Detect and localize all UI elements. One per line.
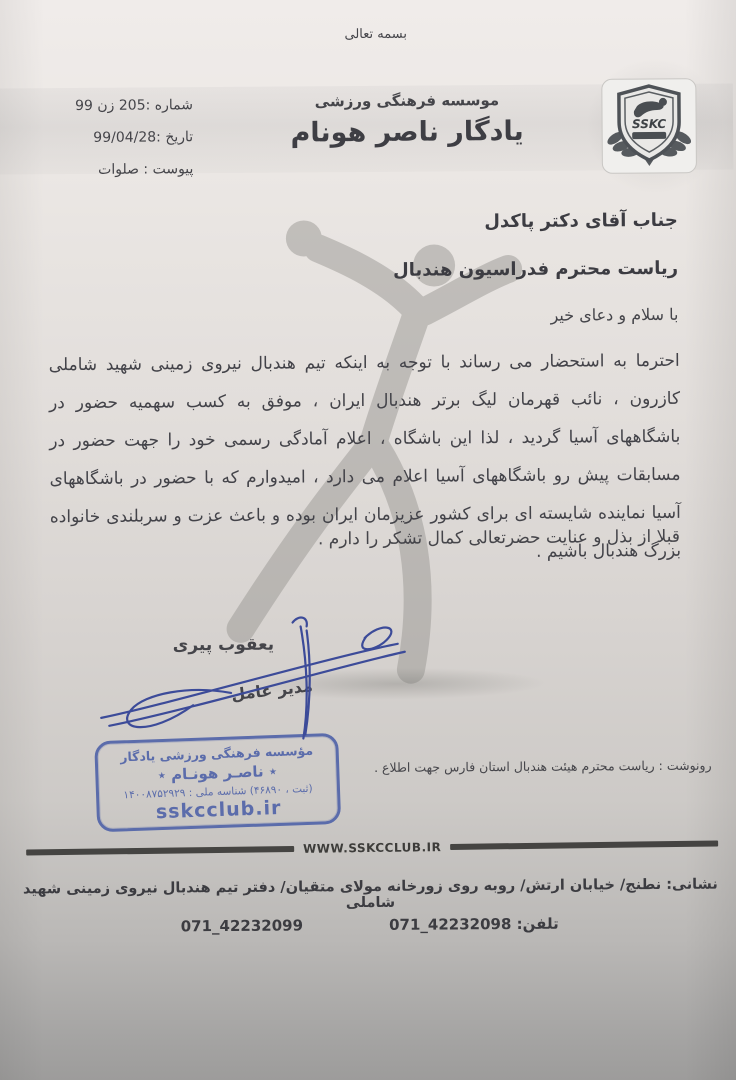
org-name-large: یادگار ناصر هونام	[245, 116, 569, 149]
rule-bar-right	[450, 840, 718, 850]
footer-rule: WWW.SSKCCLUB.IR	[26, 836, 718, 859]
footer-website-text: WWW.SSKCCLUB.IR	[303, 840, 441, 856]
letterhead-title: موسسه فرهنگی ورزشی یادگار ناصر هونام	[245, 91, 569, 149]
closing-line: قبلا از بذل و عنایت حضرتعالی کمال تشکر ر…	[318, 527, 680, 550]
letter-date: تاریخ :99/04/28	[45, 121, 193, 154]
letter-meta: شماره :205 زن 99 تاریخ :99/04/28 پیوست :…	[45, 89, 194, 186]
signature-ink-icon	[92, 608, 428, 745]
cc-line: رونوشت : ریاست محترم هیئت هندبال استان ف…	[374, 758, 712, 775]
bismillah-text: بسمه تعالی	[344, 27, 407, 42]
rule-bar-left	[26, 846, 294, 856]
phone-number-2: 071_42232099	[181, 916, 303, 935]
recipient-name: جناب آقای دکتر پاکدل	[393, 210, 678, 233]
club-logo-icon: SSKC	[599, 76, 700, 177]
salutation: با سلام و دعای خیر	[393, 305, 678, 326]
phone-number-1: 071_42232098	[389, 915, 511, 934]
phone-line: تلفن: 071_42232098 071_42232099	[181, 915, 559, 936]
letter-sheet: بسمه تعالی شماره :205 زن 99 تاریخ :99/04…	[0, 0, 736, 1080]
letter-number: شماره :205 زن 99	[45, 89, 193, 122]
recipient-block: جناب آقای دکتر پاکدل ریاست محترم فدراسیو…	[393, 210, 679, 326]
recipient-title: ریاست محترم فدراسیون هندبال	[393, 258, 678, 281]
letter-photo: بسمه تعالی شماره :205 زن 99 تاریخ :99/04…	[0, 0, 736, 1080]
official-stamp: مؤسسه فرهنگی ورزشی یادگار ٭ ناصـر هونـام…	[94, 733, 341, 832]
address-line: نشانی: نطنج/ خیابان ارتش/ روبه روی زورخا…	[2, 876, 736, 913]
letter-attachment: پیوست : صلوات	[45, 153, 193, 186]
svg-text:SSKC: SSKC	[632, 117, 666, 131]
phone-primary: تلفن: 071_42232098	[389, 915, 559, 934]
phone-label: تلفن:	[517, 915, 559, 933]
org-name-small: موسسه فرهنگی ورزشی	[245, 91, 569, 111]
